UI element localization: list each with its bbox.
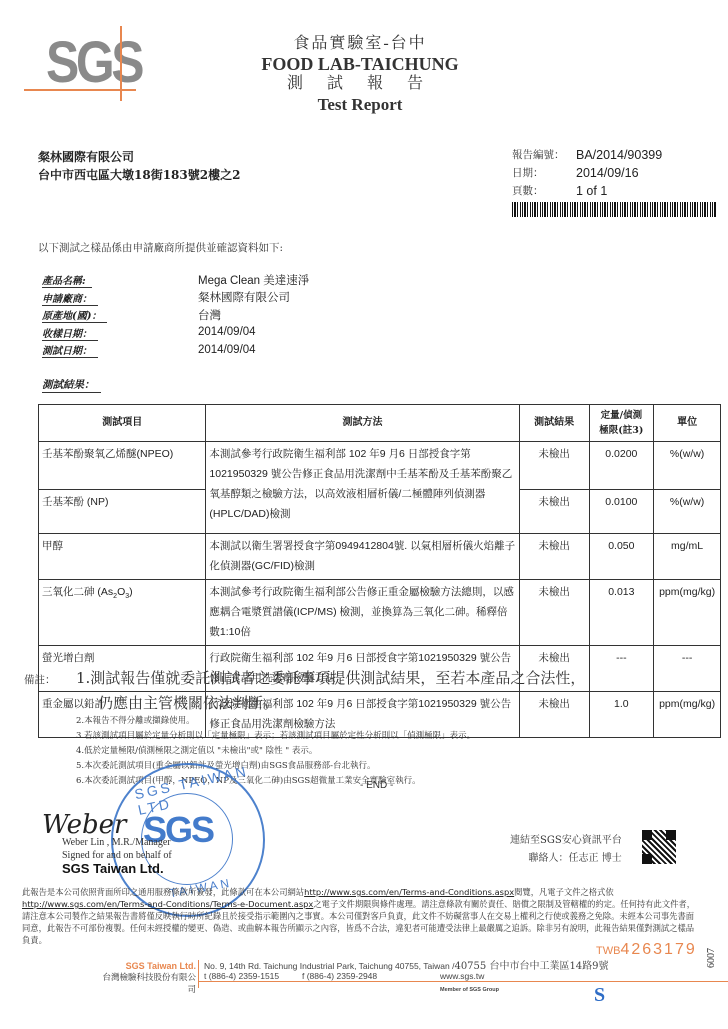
end-mark: - END - [360, 780, 393, 791]
logo-vertical-rule [120, 26, 122, 101]
unit-cell: %(w/w) [654, 442, 721, 490]
barcode [512, 202, 716, 217]
method-cell: 本測試參考行政院衛生福利部 102 年9 月6 日部授食字第1021950329… [206, 442, 519, 534]
result-cell: 未檢出 [519, 490, 589, 534]
report-no-label: 報告編號： [512, 146, 576, 164]
note-1: 1.測試報告僅就委託測試者之委託事項提供測試結果，至若本產品之合法性， [76, 667, 585, 692]
footer-phone: t (886-4) 2359-1515 [204, 971, 279, 981]
client-block: 粲林國際有限公司 台中市西屯區大墩18街183號2樓之2 [38, 148, 240, 184]
table-header-row: 測試項目 測試方法 測試結果 定量/偵測 極限(註3) 單位 [39, 405, 721, 442]
sample-row: 收樣日期： 2014/09/04 [42, 324, 309, 342]
item-cell: 壬基苯酚聚氧乙烯醚(NPEO) [39, 442, 206, 490]
lab-name-en: FOOD LAB-TAICHUNG [240, 54, 480, 74]
footer-company-en: SGS Taiwan Ltd. [100, 961, 196, 972]
contact-platform-text: 連結至SGS安心資訊平台 [510, 832, 622, 850]
sample-row: 產品名稱: Mega Clean 美達速淨 [42, 271, 309, 289]
result-cell: 未檢出 [519, 442, 589, 490]
side-number: 6007 [706, 948, 717, 968]
sample-label: 測試日期： [42, 346, 98, 358]
table-row: 三氧化二砷 (As2O3) 本測試參考行政院衛生福利部公告修正重金屬檢驗方法總則… [39, 580, 721, 646]
limit-cell: 0.050 [589, 534, 654, 580]
sample-row: 測試日期： 2014/09/04 [42, 341, 309, 359]
footer-website-link[interactable]: www.sgs.tw [440, 971, 484, 981]
notes-prefix: 備註： [24, 667, 76, 692]
unit-cell: mg/mL [654, 534, 721, 580]
limit-cell: 0.0200 [589, 442, 654, 490]
table-row: 壬基苯酚聚氧乙烯醚(NPEO) 本測試參考行政院衛生福利部 102 年9 月6 … [39, 442, 721, 490]
contact-person: 聯絡人：任志正 博士 [510, 850, 622, 868]
header-method: 測試方法 [206, 405, 519, 442]
signer-name-title: Weber Lin , M.R./Manager [62, 836, 172, 849]
result-cell: 未檢出 [519, 534, 589, 580]
sample-value: 2014/09/04 [198, 344, 256, 356]
item-cell: 壬基苯酚 (NP) [39, 490, 206, 534]
page-count: 1 of 1 [576, 182, 607, 200]
sample-row: 原產地(國)： 台灣 [42, 306, 309, 324]
report-date: 2014/09/16 [576, 164, 639, 182]
unit-cell: ppm(mg/kg) [654, 580, 721, 646]
e-document-terms-link[interactable]: http://www.sgs.com/en/Terms-and-Conditio… [22, 899, 313, 909]
footer-divider-vertical [198, 960, 199, 988]
footer-divider-horizontal [198, 981, 728, 982]
date-label: 日期： [512, 164, 576, 182]
method-cell: 本測試以衛生署署授食字第0949412804號. 以氣相層析儀火焰離子化偵測器(… [206, 534, 519, 580]
report-title-en: Test Report [240, 94, 480, 116]
sample-label: 申請廠商： [42, 294, 98, 306]
terms-link[interactable]: http://www.sgs.com/en/Terms-and-Conditio… [304, 887, 514, 897]
sgs-logo: SGS [24, 26, 142, 104]
method-cell: 本測試參考行政院衛生福利部公告修正重金屬檢驗方法總則，以感應耦合電漿質譜儀(IC… [206, 580, 519, 646]
sample-label: 產品名稱: [42, 276, 92, 288]
intro-text: 以下測試之樣品係由申請廠商所提供並確認資料如下: [38, 240, 283, 255]
sample-value: 台灣 [198, 307, 221, 323]
header-result: 測試結果 [519, 405, 589, 442]
legal-disclaimer: 此報告是本公司依照背面所印之通用服務條款所簽發，此條款可在本公司網站http:/… [22, 886, 698, 946]
note-1-continued: 仍應由主管機關依法判斷。 [98, 692, 684, 714]
serial-number: TWB4263179 [596, 941, 697, 959]
sample-value: 2014/09/04 [198, 326, 256, 338]
sample-label: 原產地(國)： [42, 311, 107, 323]
sample-label: 收樣日期： [42, 329, 98, 341]
pages-label: 頁數： [512, 182, 576, 200]
report-no: BA/2014/90399 [576, 146, 662, 164]
sample-row: 申請廠商： 粲林國際有限公司 [42, 289, 309, 307]
sample-value: Mega Clean 美達速淨 [198, 272, 309, 288]
sample-info: 產品名稱: Mega Clean 美達速淨 申請廠商： 粲林國際有限公司 原產地… [42, 271, 309, 359]
unit-cell: %(w/w) [654, 490, 721, 534]
table-row: 甲醇 本測試以衛生署署授食字第0949412804號. 以氣相層析儀火焰離子化偵… [39, 534, 721, 580]
results-title: 測試結果： [42, 377, 101, 393]
item-cell: 三氧化二砷 (As2O3) [39, 580, 206, 646]
report-title-zh: 測 試 報 告 [240, 74, 480, 94]
client-address: 台中市西屯區大墩18街183號2樓之2 [38, 166, 240, 184]
note-2: 2.本報告不得分離或擷錄使用。 [76, 714, 684, 729]
notes: 備註： 1.測試報告僅就委託測試者之委託事項提供測試結果，至若本產品之合法性， … [24, 667, 684, 789]
qr-code-icon[interactable] [642, 830, 676, 864]
header-limit: 定量/偵測 極限(註3) [589, 405, 654, 442]
item-cell: 甲醇 [39, 534, 206, 580]
sample-value: 粲林國際有限公司 [198, 289, 290, 305]
note-3: 3.若該測試項目屬於定量分析則以「定量極限」表示；若該測試項目屬於定性分析則以「… [76, 729, 684, 744]
report-info: 報告編號： BA/2014/90399 日期： 2014/09/16 頁數： 1… [512, 146, 662, 200]
contact-block: 連結至SGS安心資訊平台 聯絡人：任志正 博士 [510, 832, 622, 868]
limit-cell: 0.0100 [589, 490, 654, 534]
header-unit: 單位 [654, 405, 721, 442]
client-name: 粲林國際有限公司 [38, 148, 240, 166]
sgs-s-mark-icon: S [594, 984, 605, 1007]
header-item: 測試項目 [39, 405, 206, 442]
signer-company: SGS Taiwan Ltd. [62, 862, 172, 875]
limit-cell: 0.013 [589, 580, 654, 646]
lab-name-zh: 食品實驗室-台中 [240, 34, 480, 54]
footer-member-text: Member of SGS Group [440, 987, 499, 993]
sgs-logo-text: SGS [46, 34, 141, 92]
signer-block: Weber Lin , M.R./Manager Signed for and … [62, 836, 172, 875]
note-4: 4.低於定量極限/偵測極限之測定值以 "未檢出"或" 陰性 " 表示。 [76, 744, 684, 759]
footer-company-zh: 台灣檢驗科技股份有限公司 [100, 972, 196, 996]
report-title-block: 食品實驗室-台中 FOOD LAB-TAICHUNG 測 試 報 告 Test … [240, 34, 480, 116]
footer-company: SGS Taiwan Ltd. 台灣檢驗科技股份有限公司 [100, 961, 196, 996]
result-cell: 未檢出 [519, 580, 589, 646]
footer-fax: f (886-4) 2359-2948 [302, 971, 377, 981]
